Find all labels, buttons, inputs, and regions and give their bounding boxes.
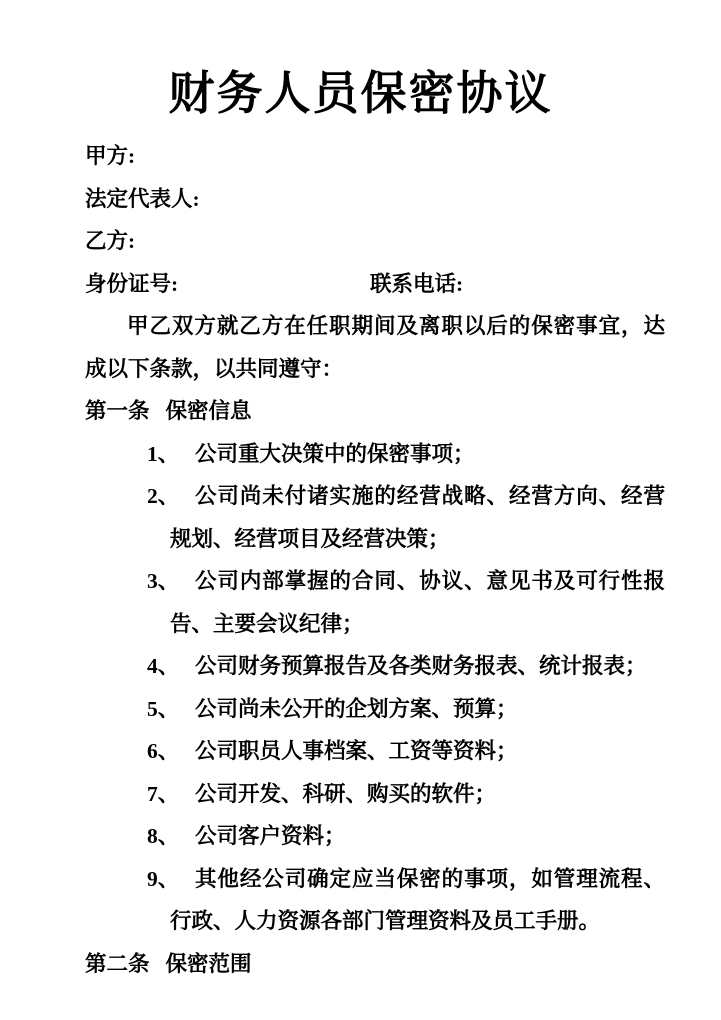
list-item-4-number: 4、 [147, 645, 179, 688]
list-item-7: 7、 公司开发、科研、购买的软件； [85, 773, 665, 816]
list-item-7-text: 公司开发、科研、购买的软件； [170, 773, 665, 816]
preamble-paragraph: 甲乙双方就乙方在任职期间及离职以后的保密事宜，达 成以下条款，以共同遵守： [85, 305, 665, 390]
list-item-1-number: 1、 [147, 433, 179, 476]
list-item-3-number: 3、 [147, 560, 179, 603]
list-item-6: 6、 公司职员人事档案、工资等资料； [85, 730, 665, 773]
list-item-5-number: 5、 [147, 688, 179, 731]
list-item-6-number: 6、 [147, 730, 179, 773]
list-item-1: 1、 公司重大决策中的保密事项； [85, 433, 665, 476]
list-item-2-text-line-1: 公司尚未付诸实施的经营战略、经营方向、经营 [170, 475, 665, 518]
legal-representative-label: 法定代表人: [85, 178, 665, 221]
list-item-2-text-line-2: 规划、经营项目及经营决策； [170, 518, 665, 561]
party-b-label: 乙方: [85, 220, 665, 263]
article-2-number: 第二条 [85, 952, 150, 976]
id-phone-row: 身份证号: 联系电话: [85, 263, 665, 306]
list-item-9-text-line-1: 其他经公司确定应当保密的事项，如管理流程、 [170, 858, 665, 901]
id-number-label: 身份证号: [85, 272, 178, 296]
list-item-8-number: 8、 [147, 815, 179, 858]
preamble-line-1: 甲乙双方就乙方在任职期间及离职以后的保密事宜，达 [85, 305, 665, 348]
document-page: 财务人员保密协议 甲方: 法定代表人: 乙方: 身份证号: 联系电话: 甲乙双方… [0, 0, 721, 1020]
list-item-6-text: 公司职员人事档案、工资等资料； [170, 730, 665, 773]
list-item-4-text: 公司财务预算报告及各类财务报表、统计报表； [170, 645, 665, 688]
list-item-9: 9、 其他经公司确定应当保密的事项，如管理流程、 行政、人力资源各部门管理资料及… [85, 858, 665, 943]
party-a-label: 甲方: [85, 135, 665, 178]
list-item-9-number: 9、 [147, 858, 179, 901]
phone-label: 联系电话: [370, 263, 463, 306]
article-2-title: 保密范围 [166, 952, 252, 976]
list-item-9-text-line-2: 行政、人力资源各部门管理资料及员工手册。 [170, 900, 665, 943]
list-item-7-number: 7、 [147, 773, 179, 816]
list-item-8: 8、 公司客户资料； [85, 815, 665, 858]
list-item-5: 5、 公司尚未公开的企划方案、预算； [85, 688, 665, 731]
list-item-8-text: 公司客户资料； [170, 815, 665, 858]
list-item-2: 2、 公司尚未付诸实施的经营战略、经营方向、经营 规划、经营项目及经营决策； [85, 475, 665, 560]
list-item-4: 4、 公司财务预算报告及各类财务报表、统计报表； [85, 645, 665, 688]
document-body: 甲方: 法定代表人: 乙方: 身份证号: 联系电话: 甲乙双方就乙方在任职期间及… [85, 135, 665, 985]
list-item-3: 3、 公司内部掌握的合同、协议、意见书及可行性报 告、主要会议纪律； [85, 560, 665, 645]
list-item-5-text: 公司尚未公开的企划方案、预算； [170, 688, 665, 731]
document-title: 财务人员保密协议 [0, 62, 721, 126]
list-item-1-text: 公司重大决策中的保密事项； [170, 433, 665, 476]
article-1-heading: 第一条保密信息 [85, 390, 665, 433]
article-2-heading: 第二条保密范围 [85, 943, 665, 986]
list-item-3-text-line-2: 告、主要会议纪律； [170, 603, 665, 646]
preamble-line-2: 成以下条款，以共同遵守： [85, 348, 665, 391]
article-1-title: 保密信息 [166, 399, 252, 423]
list-item-2-number: 2、 [147, 475, 179, 518]
list-item-3-text-line-1: 公司内部掌握的合同、协议、意见书及可行性报 [170, 560, 665, 603]
article-1-number: 第一条 [85, 399, 150, 423]
